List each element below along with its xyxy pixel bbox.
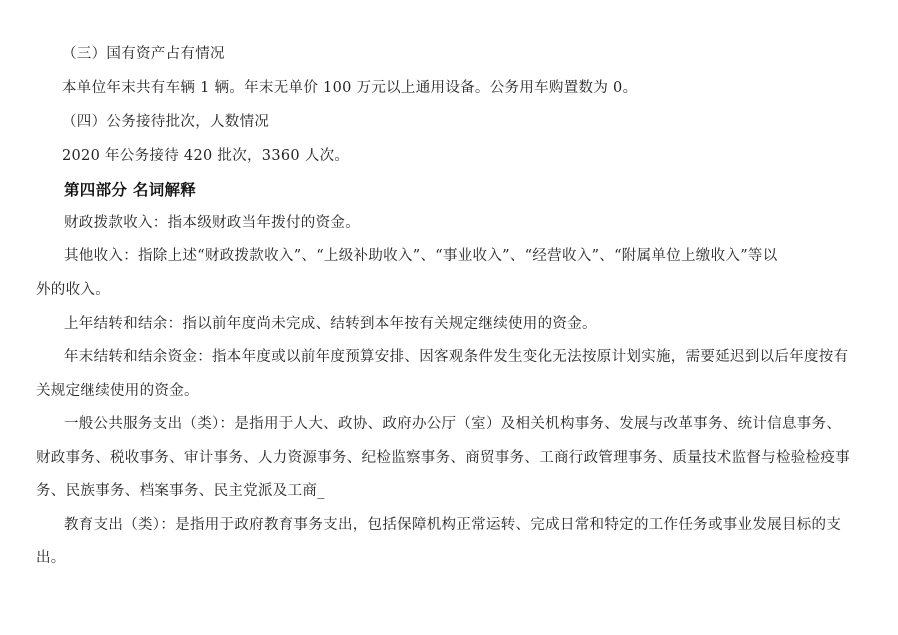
- paragraph-public-services-line1: 一般公共服务支出（类）：是指用于人大、政协、政府办公厅（室）及相关机构事务、发展…: [64, 414, 841, 434]
- document-page: （三）国有资产占有情况 本单位年末共有车辆 1 辆。年末无单价 100 万元以上…: [0, 0, 898, 635]
- paragraph-public-services-line2: 财政事务、税收事务、审计事务、人力资源事务、纪检监察事务、商贸事务、工商行政管理…: [36, 448, 850, 468]
- part-heading-glossary: 第四部分 名词解释: [64, 180, 196, 200]
- paragraph-reception: 2020 年公务接待 420 批次，3360 人次。: [62, 146, 349, 166]
- section-subheading-reception: （四）公务接待批次，人数情况: [62, 112, 269, 132]
- paragraph-year-end-carryover-line1: 年末结转和结余资金：指本年度或以前年度预算安排、因客观条件发生变化无法按原计划实…: [64, 347, 848, 367]
- paragraph-education-line2: 出。: [36, 548, 66, 568]
- section-subheading-state-assets: （三）国有资产占有情况: [62, 44, 225, 64]
- paragraph-year-end-carryover-line2: 关规定继续使用的资金。: [36, 381, 199, 401]
- paragraph-public-services-line3: 务、民族事务、档案事务、民主党派及工商_: [36, 481, 325, 501]
- paragraph-other-income-line2: 外的收入。: [36, 280, 110, 300]
- paragraph-other-income-line1: 其他收入：指除上述“财政拨款收入”、“上级补助收入”、“事业收入”、“经营收入”…: [64, 246, 778, 266]
- paragraph-prior-year-carryover: 上年结转和结余：指以前年度尚未完成、结转到本年按有关规定继续使用的资金。: [64, 314, 597, 334]
- paragraph-vehicles: 本单位年末共有车辆 1 辆。年末无单价 100 万元以上通用设备。公务用车购置数…: [62, 78, 637, 98]
- paragraph-fiscal-appropriation: 财政拨款收入：指本级财政当年拨付的资金。: [64, 213, 360, 233]
- paragraph-education-line1: 教育支出（类）：是指用于政府教育事务支出，包括保障机构正常运转、完成日常和特定的…: [64, 515, 841, 535]
